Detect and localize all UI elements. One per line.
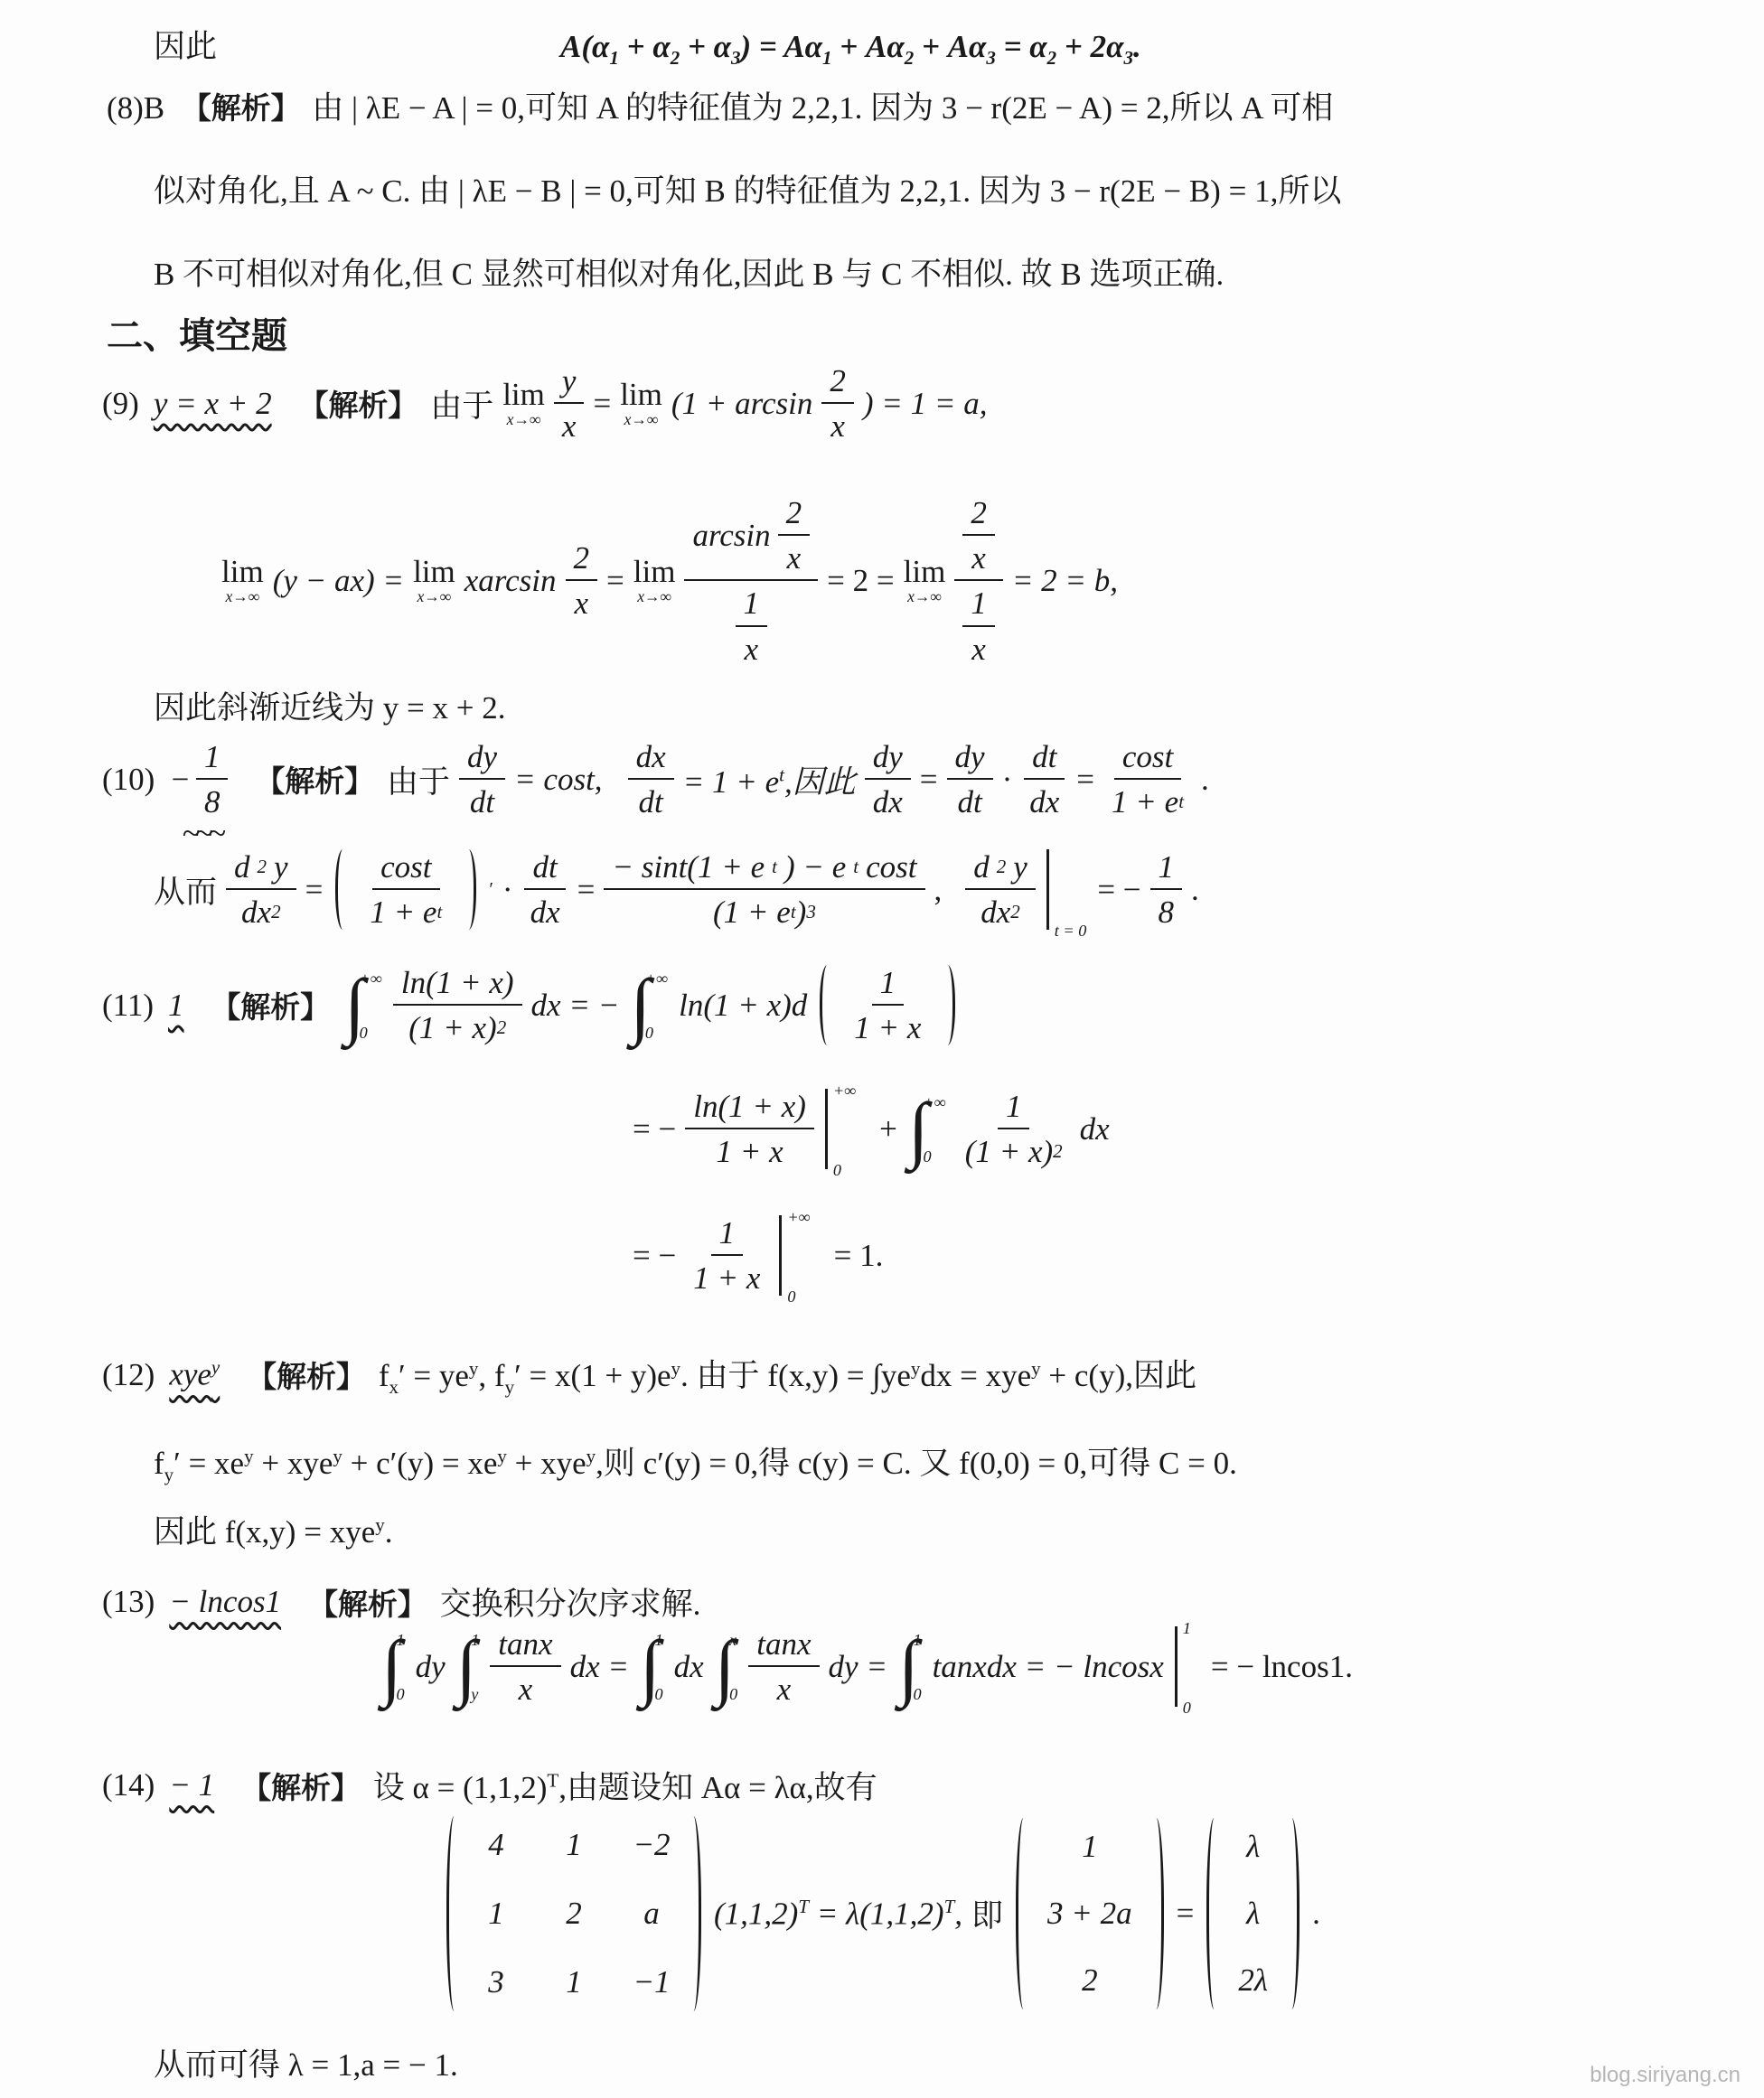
matrix-cell: 3 (488, 1964, 504, 2000)
analysis-tag: 【解析】 (211, 984, 331, 1026)
analysis-tag: 【解析】 (241, 1765, 361, 1807)
fraction-denominator: (1 + et)3 (705, 890, 824, 930)
matrix-cell: −1 (633, 1964, 670, 2000)
matrix-cell: 4 (488, 1827, 504, 1863)
fraction-1-over-8: 1 8 (196, 739, 229, 820)
evaluation-bar: 1 0 (1175, 1626, 1191, 1707)
fraction-denominator: 1 + et (1103, 780, 1192, 820)
fraction-1-over-1px: 1 1 + x (846, 965, 929, 1045)
limit-operator: lim x→∞ (221, 557, 264, 605)
fraction-numerator: dy (865, 739, 911, 780)
fraction-denominator: x (769, 1667, 800, 1707)
lim-word: lim (904, 557, 946, 586)
term: dx (674, 1649, 704, 1685)
q8-line3: B 不可相似对角化,但 C 显然可相似对角化,因此 B 与 C 不相似. 故 B… (154, 249, 1224, 295)
q14-line1: (14) − 1 【解析】 设 α = (1,1,2)T,由题设知 Aα = λ… (102, 1763, 877, 1808)
integral-operator: ∫ 1 0 (381, 1636, 405, 1697)
fraction-dy-dt: dy dt (459, 739, 505, 820)
evaluation-bar: t = 0 (1046, 849, 1087, 930)
integral-limits: +∞ 0 (923, 1099, 945, 1159)
fraction-cost: cost 1 + et (361, 849, 450, 930)
q14-namely: 即 (971, 1891, 1003, 1936)
integral-lower: 0 (913, 1685, 921, 1704)
fraction-big-derivative: − sint(1 + et) − etcost (1 + et)3 (604, 849, 924, 930)
fraction-denominator: x (779, 536, 810, 576)
vector-grid: λ λ 2λ (1224, 1818, 1282, 2009)
fraction-numerator: d2y (965, 849, 1036, 890)
matrix-cell: 2 (566, 1896, 582, 1932)
integral-upper: +∞ (645, 969, 668, 988)
fraction-denominator: dx2 (972, 890, 1028, 930)
fraction-dx-dt: dx dt (628, 739, 674, 820)
fraction-numerator: arcsin 2 x (684, 495, 818, 581)
integral-upper: 1 (397, 1631, 405, 1650)
equals-sign: = (305, 872, 324, 908)
q8-line1: (8)B 【解析】 由 | λE − A | = 0,可知 A 的特征值为 2,… (107, 83, 1333, 128)
integral-upper: 1 (655, 1631, 663, 1650)
term: dy (416, 1649, 446, 1685)
paren-left (820, 965, 835, 1045)
fraction-numerator: cost (372, 849, 439, 890)
period: . (1312, 1896, 1320, 1932)
fraction-denominator: dx (865, 780, 911, 820)
fraction-numerator: dy (947, 739, 993, 780)
fraction-y-over-x: y x (554, 363, 585, 444)
q14-conclusion-text: 从而可得 λ = 1,a = − 1. (154, 2047, 458, 2083)
eval-bar-top: +∞ (787, 1208, 810, 1227)
q9-close-term: ) = 1 = a, (863, 386, 988, 422)
eval-bar-bottom: 0 (833, 1161, 856, 1180)
limit-operator: lim x→∞ (502, 379, 545, 428)
analysis-tag: 【解析】 (182, 91, 301, 125)
q12-line1: (12) xyey 【解析】 fx′ = yey, fy′ = x(1 + y)… (102, 1351, 1196, 1399)
equals-sign: = (1177, 1896, 1195, 1932)
q8-text-line3: B 不可相似对角化,但 C 显然可相似对角化,因此 B 与 C 不相似. 故 B… (154, 257, 1224, 292)
fraction-numerator: ln(1 + x) (685, 1089, 814, 1129)
dot-operator: · (1002, 762, 1013, 798)
fraction-1-over-x: 1 x (736, 585, 768, 666)
fraction-denominator: (1 + x)2 (400, 1006, 514, 1045)
q14-text-line1: 设 α = (1,1,2)T,由题设知 Aα = λα,故有 (373, 1763, 877, 1808)
question-number: (9) (102, 386, 139, 422)
lim-subscript: x→∞ (624, 412, 659, 428)
matrix-3x3: 4 1 −2 1 2 a 3 1 −1 (443, 1816, 705, 2011)
equals-sign: = (1076, 762, 1094, 798)
scanned-math-solutions-page: 因此A(α1 + α2 + α3) = Aα1 + Aα2 + Aα3 = α2… (0, 0, 1764, 2098)
q10-lead2: 从而 (154, 867, 217, 913)
fraction-denominator: 1 + et (361, 890, 450, 930)
integral-operator: ∫ 1 0 (640, 1636, 663, 1697)
integral-operator: ∫ +∞ 0 (908, 1099, 946, 1159)
integral-operator: ∫ 1 0 (898, 1636, 922, 1697)
q12-text-line2: fy′ = xey + xyey + c′(y) = xey + xyey,则 … (154, 1446, 1237, 1481)
evaluation-bar: +∞ 0 (825, 1089, 856, 1169)
paren-right (1149, 1818, 1164, 2009)
intro-equation: A(α1 + α2 + α3) = Aα1 + Aα2 + Aα3 = α2 +… (560, 29, 1141, 64)
limit-operator: lim x→∞ (633, 557, 676, 605)
q14-conclusion: 从而可得 λ = 1,a = − 1. (154, 2040, 458, 2085)
eval-bar-top: 1 (1183, 1619, 1191, 1638)
q11-line2: = − ln(1 + x) 1 + x +∞ 0 + ∫ +∞ 0 1 (1 +… (633, 1089, 1110, 1169)
fraction-1-over-sq: 1 (1 + x)2 (957, 1089, 1071, 1169)
term: (1,1,2)T = λ(1,1,2)T, (714, 1896, 962, 1933)
paren-left (335, 849, 351, 930)
integral-limits: +∞ 0 (645, 975, 668, 1035)
matrix-cell: a (643, 1896, 660, 1932)
fraction-ln: ln(1 + x) 1 + x (685, 1089, 814, 1169)
arcsin-word: arcsin (692, 518, 770, 553)
fraction-denominator: x (511, 1667, 541, 1707)
term: = 1. (834, 1238, 884, 1274)
fraction-cost: cost 1 + et (1103, 739, 1192, 820)
lim-subscript: x→∞ (637, 589, 671, 605)
integral-limits: 1 0 (913, 1636, 921, 1697)
fraction-numerator: 2 x (954, 495, 1003, 581)
vector-cell: λ (1246, 1829, 1260, 1865)
q10-lead: 由于 (387, 757, 450, 802)
equals-sign: = (920, 762, 938, 798)
question-number: (10) (102, 762, 155, 798)
fraction-denominator: x (963, 536, 994, 576)
fraction-ln-sq: ln(1 + x) (1 + x)2 (393, 965, 522, 1045)
question-number: (11) (102, 988, 154, 1024)
term: xarcsin (464, 563, 557, 599)
fraction-tanx-x: tanx x (748, 1626, 819, 1707)
q12-text-line1: fx′ = yey, fy′ = x(1 + y)ey. 由于 f(x,y) =… (379, 1351, 1196, 1399)
column-vector: λ λ 2λ (1203, 1818, 1303, 2009)
integral-upper: x (729, 1631, 737, 1650)
term: = 2 = (827, 563, 894, 599)
matrix-cell: 1 (488, 1896, 504, 1932)
fraction-numerator: 1 (196, 739, 229, 780)
paren-right (686, 1816, 701, 2011)
limit-operator: lim x→∞ (620, 379, 662, 428)
nested-fraction: 2 x 1 x (954, 495, 1003, 667)
term: = 1 + et,因此 (683, 757, 856, 802)
fraction-numerator: dx (628, 739, 674, 780)
fraction-denominator: x (554, 404, 585, 444)
integral-limits: 1 0 (397, 1636, 405, 1697)
q12-answer: xyey (169, 1356, 220, 1393)
fraction-numerator: y (554, 363, 585, 404)
integral-lower: 0 (645, 1024, 668, 1043)
integral-upper: +∞ (360, 969, 382, 988)
fraction-denominator: 1 x (727, 581, 776, 666)
equals-sign: = (593, 386, 611, 422)
integral-limits: +∞ 0 (360, 975, 382, 1035)
q13-line1: (13) − lncos1 【解析】 交换积分次序求解. (102, 1579, 700, 1625)
integral-lower: 0 (923, 1147, 945, 1166)
term: = cost, (514, 762, 603, 798)
fraction-denominator: 1 + x (708, 1129, 792, 1169)
term: ln(1 + x)d (679, 988, 807, 1024)
fraction-2-over-x: 2 x (962, 495, 995, 576)
q9-line: (9) y = x + 2 【解析】 由于 lim x→∞ y x = lim … (102, 363, 988, 444)
vector-cell: 1 (1082, 1829, 1098, 1865)
vector-cell: 2 (1082, 1962, 1098, 1999)
fraction-denominator: 1 + x (846, 1006, 929, 1045)
fraction-1-over-x: 1 x (962, 585, 995, 666)
fraction-denominator: dx2 (233, 890, 289, 930)
q9-conclusion-text: 因此斜渐近线为 y = x + 2. (154, 690, 505, 726)
fraction-numerator: 1 (1150, 849, 1183, 890)
fraction-numerator: − sint(1 + et) − etcost (604, 849, 924, 890)
paren-left (446, 1816, 462, 2011)
lim-subscript: x→∞ (907, 589, 942, 605)
matrix-cell: 1 (566, 1964, 582, 2000)
intro-line: 因此A(α1 + α2 + α3) = Aα1 + Aα2 + Aα3 = α2… (154, 22, 1141, 70)
period: . (1191, 872, 1199, 908)
matrix-cell: 1 (566, 1827, 582, 1863)
fraction-denominator: dt (949, 780, 990, 820)
fraction-2-over-x: 2 x (778, 495, 811, 576)
paren-right (1284, 1818, 1300, 2009)
q11-answer: 1 (168, 988, 184, 1024)
integral-lower: 0 (655, 1685, 663, 1704)
vector-cell: λ (1246, 1896, 1260, 1932)
integral-upper: 1 (913, 1631, 921, 1650)
fraction-denominator: 1 + x (685, 1256, 768, 1296)
q10-line1: (10) − 1 8 【解析】 由于 dy dt = cost, dx dt =… (102, 739, 1209, 820)
q11-line3: = − 1 1 + x +∞ 0 = 1. (633, 1215, 883, 1296)
analysis-tag: 【解析】 (299, 382, 418, 425)
term: = − lncos1. (1211, 1649, 1353, 1685)
term: = 2 = b, (1012, 563, 1118, 599)
eval-bar-bottom: 0 (1183, 1699, 1191, 1718)
integral-upper: 1 (471, 1631, 479, 1650)
integral-limits: x 0 (729, 1636, 737, 1697)
term: tanxdx = − lncosx (933, 1649, 1164, 1685)
integral-operator: ∫ 1 y (456, 1636, 480, 1697)
paren-left (1206, 1818, 1222, 2009)
q10-line2: 从而 d2y dx2 = cost 1 + et ′ · dt dx = − s… (154, 849, 1199, 930)
fraction-denominator: 8 (1150, 890, 1183, 930)
section-title: 二、填空题 (107, 307, 287, 359)
fraction-denominator: dt (462, 780, 502, 820)
question-number: (13) (102, 1584, 155, 1620)
lim-subscript: x→∞ (507, 412, 541, 428)
integral-lower: 0 (360, 1024, 382, 1043)
q12-line3: 因此 f(x,y) = xyey. (154, 1507, 393, 1552)
fraction-denominator: 8 (196, 780, 229, 820)
lim-subscript: x→∞ (225, 589, 259, 605)
fraction-numerator: dt (1024, 739, 1065, 780)
fraction-dt-dx: dt dx (1021, 739, 1067, 820)
lim-word: lim (633, 557, 676, 586)
fraction-numerator: tanx (748, 1626, 819, 1667)
paren-left (1016, 1818, 1031, 2009)
q9-conclusion: 因此斜渐近线为 y = x + 2. (154, 683, 505, 728)
fraction-numerator: dt (524, 849, 565, 890)
fraction-denominator: dt (630, 780, 671, 820)
fraction-numerator: 2 (821, 363, 854, 404)
fraction-numerator: 2 (962, 495, 995, 536)
q8-line2: 似对角化,且 A ~ C. 由 | λE − B | = 0,可知 B 的特征值… (154, 166, 1341, 211)
limit-operator: lim x→∞ (413, 557, 455, 605)
eval-bar-bottom: 0 (787, 1288, 810, 1307)
fraction-numerator: 1 (998, 1089, 1030, 1129)
fraction-numerator: 1 (711, 1215, 744, 1256)
period: . (1201, 762, 1209, 798)
lim-word: lim (221, 557, 264, 586)
matrix-cell: −2 (633, 1827, 670, 1863)
term: dx = − (531, 988, 620, 1024)
q12-line2: fy′ = xey + xyey + c′(y) = xey + xyey,则 … (154, 1438, 1237, 1486)
minus-sign: − (169, 762, 191, 798)
prime-mark: ′ (489, 878, 493, 901)
eval-bar-bottom: t = 0 (1055, 922, 1087, 941)
fraction-denominator: x (963, 627, 994, 667)
watermark: blog.siriyang.cn (1590, 2063, 1741, 2088)
fraction-numerator: ln(1 + x) (393, 965, 522, 1006)
fraction-numerator: 2 (778, 495, 811, 536)
fraction-1-over-1px: 1 1 + x (685, 1215, 768, 1296)
term: (y − ax) = (273, 563, 404, 599)
matrix-grid: 4 1 −2 1 2 a 3 1 −1 (464, 1816, 684, 2011)
lim-word: lim (620, 379, 662, 409)
q13-answer: − lncos1 (169, 1584, 281, 1620)
term: = − (633, 1238, 676, 1274)
fraction-tanx-x: tanx x (490, 1626, 560, 1707)
integral-lower: 0 (397, 1685, 405, 1704)
question-number: (8)B (107, 90, 164, 126)
fraction-dt-dx: dt dx (522, 849, 568, 930)
equals-sign: = (606, 563, 624, 599)
fraction-dy-dt: dy dt (947, 739, 993, 820)
q11-line1: (11) 1 【解析】 ∫ +∞ 0 ln(1 + x) (1 + x)2 dx… (102, 965, 959, 1045)
fraction-1-over-8: 1 8 (1150, 849, 1183, 930)
eval-bar-top: +∞ (833, 1082, 856, 1101)
lim-subscript: x→∞ (418, 589, 452, 605)
lim-word: lim (502, 379, 545, 409)
integral-operator: ∫ x 0 (715, 1636, 738, 1697)
fraction-numerator: dy (459, 739, 505, 780)
fraction-d2y-dx2: d2y dx2 (965, 849, 1036, 930)
term: = − (1097, 872, 1140, 908)
q14-matrix-equation: 4 1 −2 1 2 a 3 1 −1 (1,1,2)T = λ(1,1,2)T… (443, 1816, 1320, 2011)
q8-text-line2: 似对角化,且 A ~ C. 由 | λE − B | = 0,可知 B 的特征值… (154, 173, 1341, 209)
fraction-numerator: 1 (736, 585, 768, 626)
q13-equation: ∫ 1 0 dy ∫ 1 y tanx x dx = ∫ 1 0 dx (380, 1626, 1353, 1707)
lim-word: lim (413, 557, 455, 586)
plus-sign: + (879, 1111, 897, 1147)
integral-limits: 1 y (471, 1636, 479, 1697)
analysis-tag: 【解析】 (308, 1581, 427, 1624)
q14-answer: − 1 (169, 1767, 214, 1803)
evaluation-bar: +∞ 0 (779, 1215, 810, 1296)
fraction-numerator: d2y (226, 849, 296, 890)
fraction-d2y-dx2: d2y dx2 (226, 849, 296, 930)
integral-operator: ∫ +∞ 0 (344, 975, 382, 1035)
q10-answer: − 1 8 (169, 739, 228, 820)
vector-grid: 1 3 + 2a 2 (1033, 1818, 1147, 2009)
question-number: (14) (102, 1767, 155, 1803)
term: dy = (829, 1649, 887, 1685)
fraction-dy-dx: dy dx (865, 739, 911, 820)
integral-lower: 0 (729, 1685, 737, 1704)
q12-text-line3: 因此 f(x,y) = xyey. (154, 1514, 393, 1550)
fraction-numerator: tanx (490, 1626, 560, 1667)
fraction-numerator: 1 (962, 585, 995, 626)
fraction-numerator: 2 (566, 540, 598, 581)
q8-text-line1: 由 | λE − A | = 0,可知 A 的特征值为 2,2,1. 因为 3 … (312, 90, 1333, 126)
column-vector: 1 3 + 2a 2 (1012, 1818, 1168, 2009)
fraction-2-over-x: 2 x (821, 363, 854, 444)
integral-lower: y (471, 1685, 479, 1704)
fraction-numerator: 1 (872, 965, 905, 1006)
fraction-denominator: dx (522, 890, 568, 930)
term: dx = (570, 1649, 629, 1685)
fraction-denominator: dx (1021, 780, 1067, 820)
q9-open-term: (1 + arcsin (671, 386, 812, 422)
paren-right (940, 965, 955, 1045)
analysis-tag: 【解析】 (255, 758, 374, 801)
equals-sign: = (577, 872, 596, 908)
term: dx (1080, 1111, 1110, 1147)
integral-upper: +∞ (923, 1093, 945, 1112)
q9-display-equation: lim x→∞ (y − ax) = lim x→∞ xarcsin 2 x =… (221, 495, 1118, 667)
q9-lead: 由于 (430, 381, 493, 426)
q9-answer: y = x + 2 (154, 386, 272, 422)
dot-operator: · (502, 872, 513, 908)
integral-operator: ∫ +∞ 0 (630, 975, 668, 1035)
fraction-numerator: cost (1114, 739, 1181, 780)
comma: , (934, 872, 943, 908)
q13-text-line1: 交换积分次序求解. (440, 1579, 701, 1625)
fraction-2-over-x: 2 x (566, 540, 598, 621)
fraction-denominator: x (822, 404, 853, 444)
intro-label: 因此 (154, 29, 217, 64)
fraction-denominator: (1 + x)2 (957, 1129, 1071, 1169)
nested-fraction: arcsin 2 x 1 x (684, 495, 818, 667)
term: = − (633, 1111, 676, 1147)
analysis-tag: 【解析】 (247, 1353, 366, 1396)
limit-operator: lim x→∞ (904, 557, 946, 605)
vector-cell: 2λ (1238, 1962, 1268, 1999)
question-number: (12) (102, 1357, 155, 1393)
fraction-denominator: x (566, 581, 596, 621)
paren-right (461, 849, 476, 930)
vector-cell: 3 + 2a (1047, 1896, 1132, 1932)
integral-limits: 1 0 (655, 1636, 663, 1697)
fraction-denominator: x (737, 627, 767, 667)
fraction-denominator: 1 x (954, 581, 1003, 666)
